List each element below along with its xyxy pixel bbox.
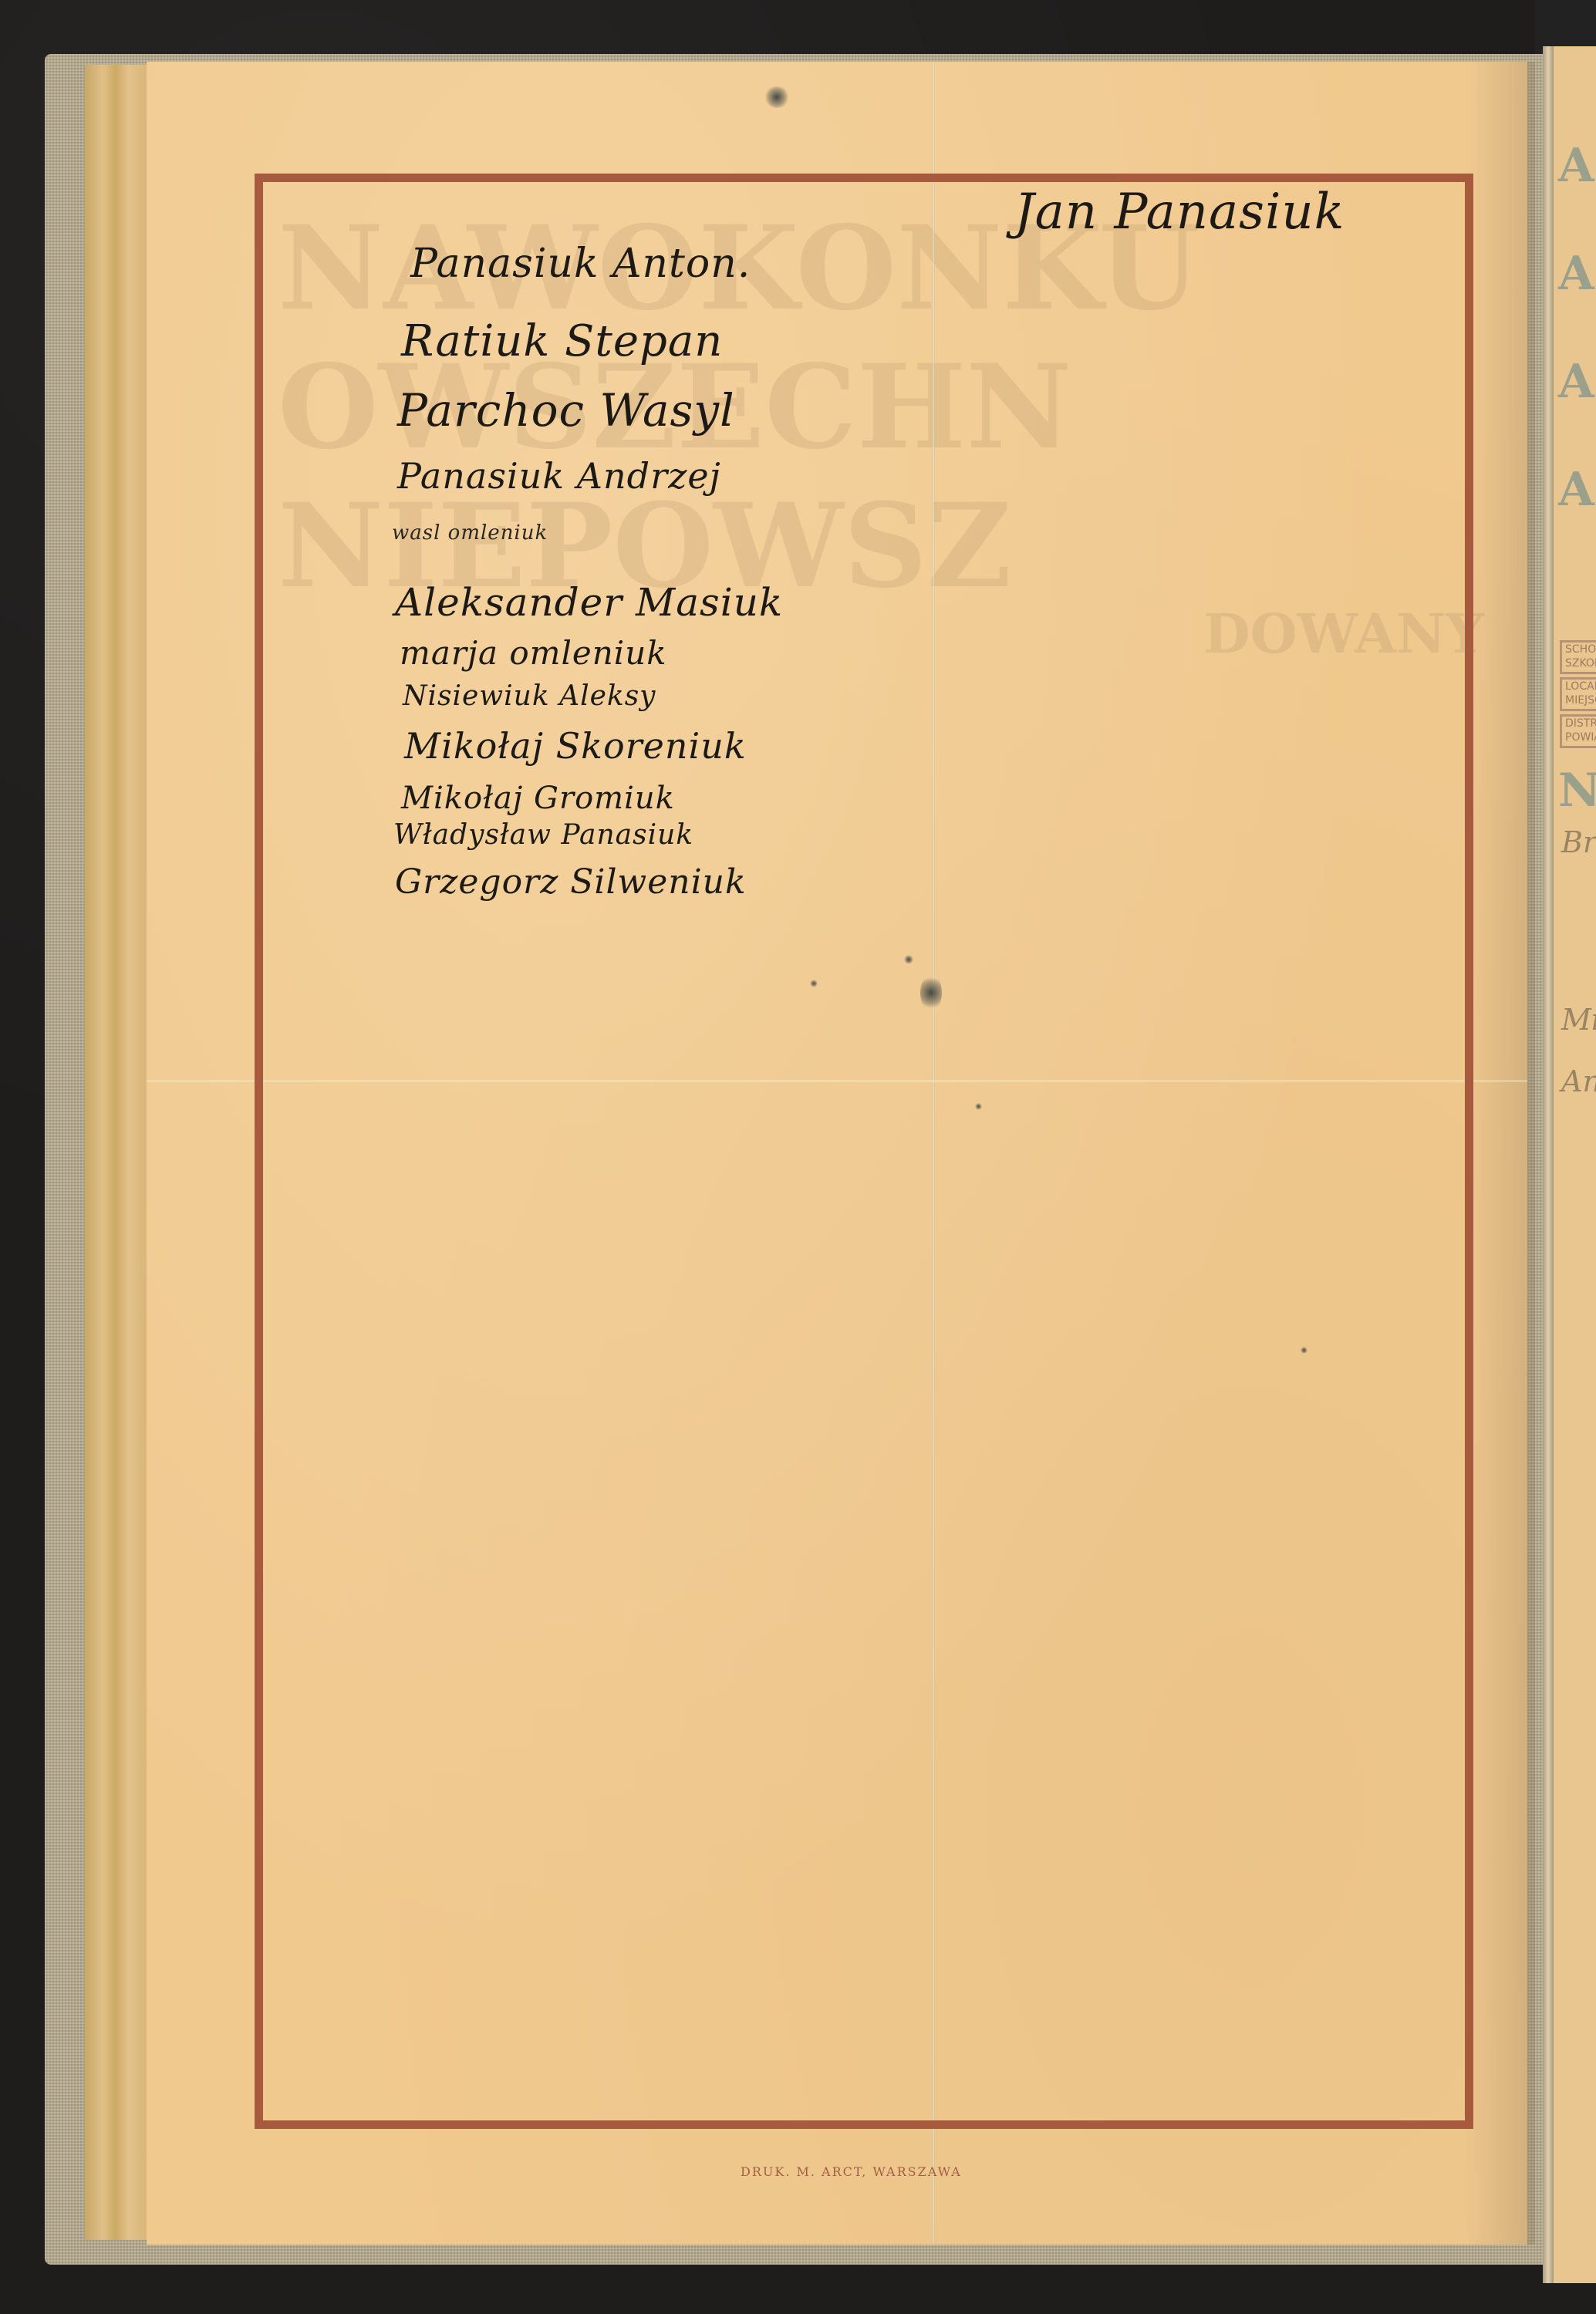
label-box: LOCAL MIEJSC xyxy=(1560,677,1596,711)
signature: wasl omleniuk xyxy=(392,521,548,545)
decorative-letter: A xyxy=(1558,247,1596,301)
scan-scene: NAWOKONKU OWSZECHN NIEPOWSZ DOWANY Jan P… xyxy=(0,0,1596,2314)
decorative-letter: A xyxy=(1558,139,1596,193)
decorative-letter: A xyxy=(1558,463,1596,517)
handwriting-fragment: Br xyxy=(1561,825,1596,859)
signature: Grzegorz Silweniuk xyxy=(395,862,747,902)
printer-imprint: DRUK. M. ARCT, WARSZAWA xyxy=(741,2164,962,2179)
signature-top-right: Jan Panasiuk xyxy=(1014,184,1345,241)
label-box: DISTRI POWIA xyxy=(1560,714,1596,748)
signature: Panasiuk Andrzej xyxy=(397,455,721,497)
glass-edge xyxy=(1543,46,1554,2283)
signature: Parchoc Wasyl xyxy=(397,384,735,437)
signature: Panasiuk Anton. xyxy=(410,241,751,287)
signature: marja omleniuk xyxy=(400,634,667,672)
page-gutter-shadow xyxy=(1466,62,1535,2245)
decorative-letter: A xyxy=(1558,355,1596,409)
adjacent-page-edge: A A A A SCHOOL SZKOŁA LOCAL MIEJSC DISTR… xyxy=(1543,46,1596,2283)
ink-stain xyxy=(764,86,790,108)
signature: Władysław Panasiuk xyxy=(393,819,693,851)
decorative-letter: N xyxy=(1558,764,1596,818)
signature: Nisiewiuk Aleksy xyxy=(403,680,656,712)
signature: Ratiuk Stepan xyxy=(401,316,723,366)
ink-spot xyxy=(904,955,913,964)
ink-stain xyxy=(920,973,942,1012)
signature: Mikołaj Skoreniuk xyxy=(404,725,747,767)
ink-spot xyxy=(810,980,818,987)
handwriting-fragment: An xyxy=(1561,1064,1596,1098)
signature: Mikołaj Gromiuk xyxy=(401,781,675,816)
page-block-edges xyxy=(85,65,147,2240)
ink-spot xyxy=(1301,1347,1308,1354)
label-box: SCHOOL SZKOŁA xyxy=(1560,640,1596,674)
ink-spot xyxy=(975,1103,982,1110)
signature: Aleksander Masiuk xyxy=(395,580,783,625)
handwriting-fragment: Mik xyxy=(1561,1003,1596,1037)
